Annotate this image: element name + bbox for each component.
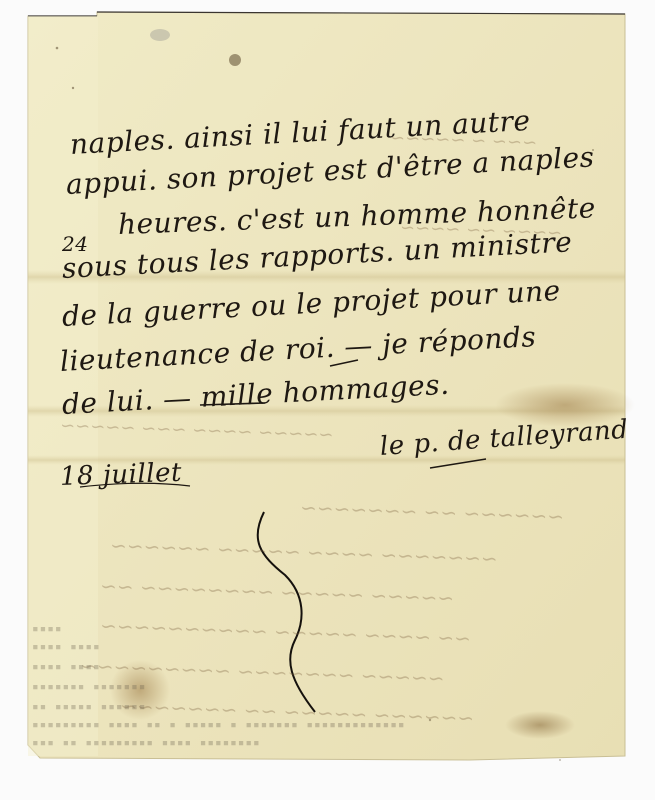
archive-stamp: ▪▪▪▪ ▪▪▪▪ (32, 640, 101, 653)
letter-date: 18 juillet (59, 458, 182, 492)
archive-stamp: ▪▪▪▪▪▪▪ ▪▪▪▪▪▪▪ (32, 680, 146, 693)
archive-stamp: ▪▪ ▪▪▪▪▪ ▪▪▪▪▪▪ (32, 700, 146, 713)
scanned-letter: ~~~ ~ ~~~~~ ~~~~ ~~ ~~~~ ~~~~~ ~~~~ ~~~ … (0, 0, 655, 800)
archive-stamp: ▪▪▪▪ ▪▪▪▪ (32, 660, 101, 673)
archive-stamp: ▪▪▪▪ (32, 622, 63, 635)
archive-stamp: ▪▪▪ ▪▪ ▪▪▪▪▪▪▪▪▪ ▪▪▪▪ ▪▪▪▪▪▪▪▪ (32, 736, 261, 749)
archive-stamp: ▪▪▪▪▪▪▪▪▪ ▪▪▪▪ ▪▪ ▪ ▪▪▪▪▪ ▪ ▪▪▪▪▪▪▪ ▪▪▪▪… (32, 718, 406, 731)
